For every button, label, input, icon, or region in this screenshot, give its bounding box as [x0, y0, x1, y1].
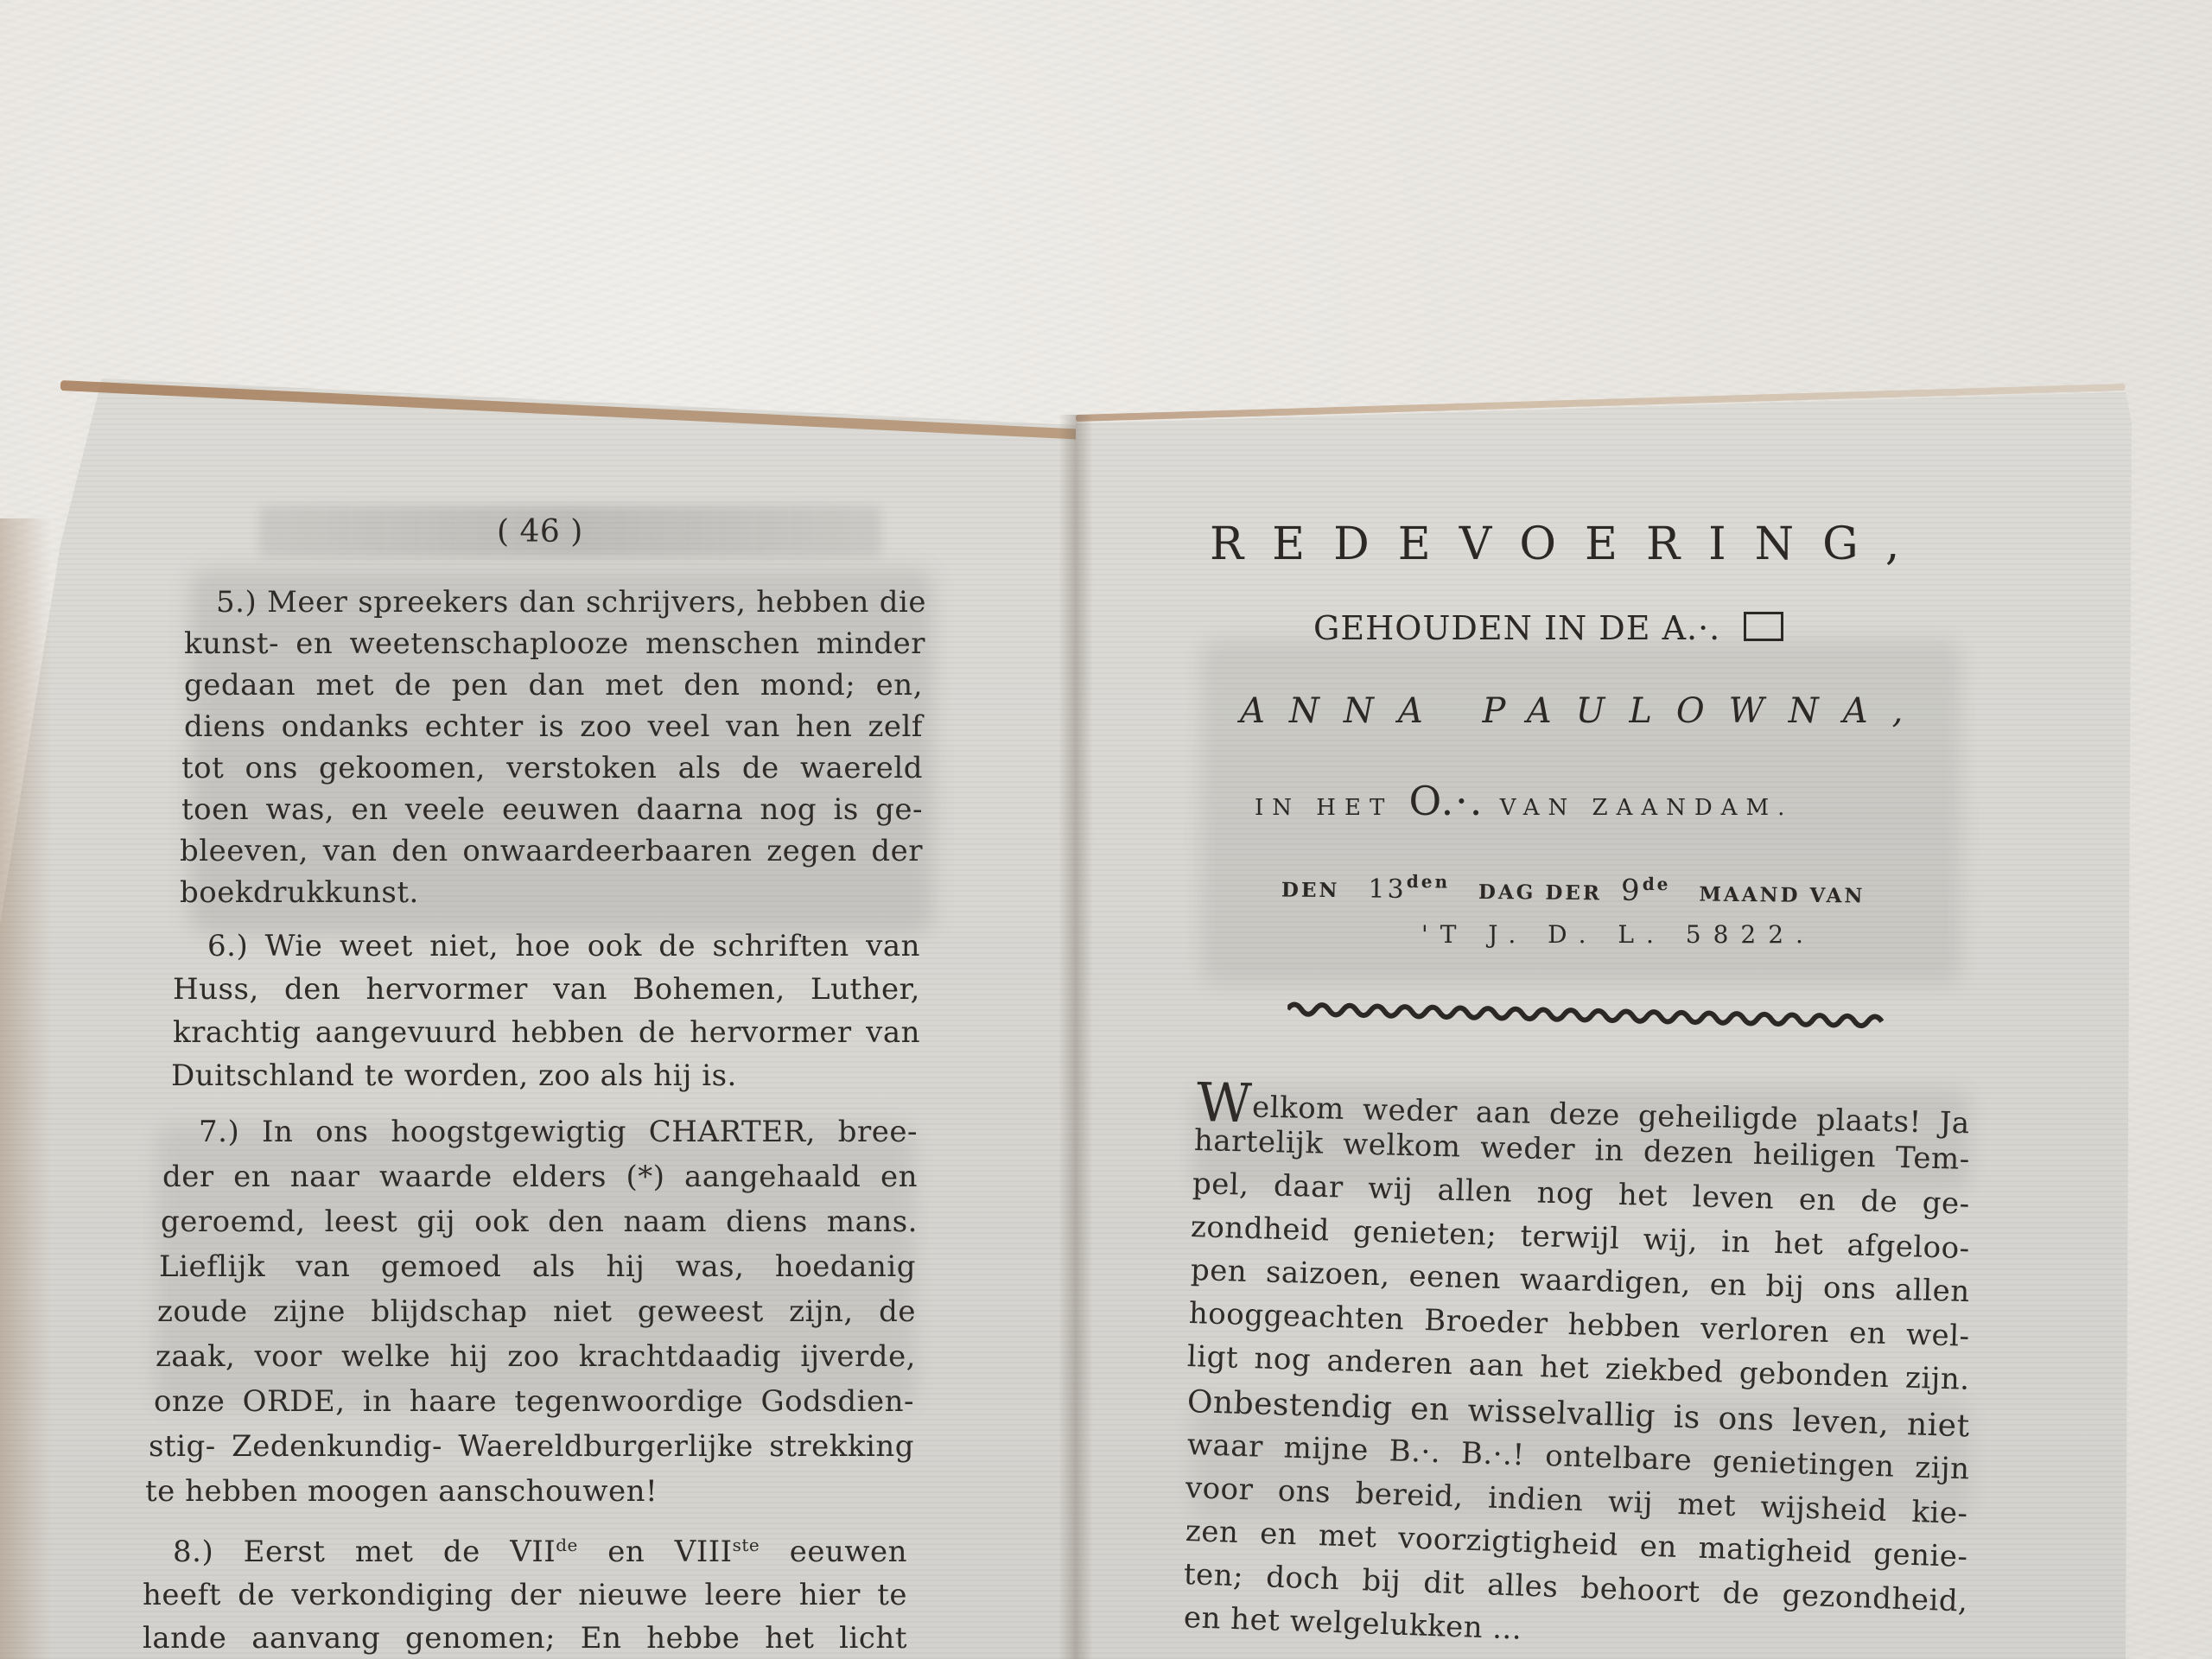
text-line: krachtig aangevuurd hebben de hervormer … — [173, 1015, 920, 1050]
text-line: Duitschland te worden, zoo als hij is. — [171, 1058, 737, 1093]
text-line: Huss, den hervormer van Bohemen, Luther, — [173, 972, 920, 1007]
text-line: zoude zijne blijdschap niet geweest zijn… — [157, 1294, 916, 1329]
text-line: lande aanvang genomen; En hebbe het lich… — [143, 1621, 907, 1656]
title-redevoering: REDEVOERING, — [1210, 518, 1928, 570]
date-line-2: 'T J. D. L. 5822. — [1421, 920, 1815, 949]
text-line: der en naar waarde elders (*) aangehaald… — [162, 1160, 918, 1194]
date-line-1: DEN 13den DAG DER 9de MAAND VAN — [1281, 869, 1866, 910]
text-line: boekdrukkunst. — [180, 875, 419, 910]
text-line: kunst- en weetenschaplooze menschen mind… — [184, 626, 925, 661]
text-line: gedaan met de pen dan met den mond; en, — [184, 668, 923, 702]
lodge-square-symbol-icon — [1744, 612, 1783, 641]
text-line: 8.) Eerst met de VIIde en VIIIste eeuwen — [173, 1535, 907, 1569]
page-number: ( 46 ) — [497, 514, 583, 550]
text-line: tot ons gekoomen, verstoken als de waere… — [181, 751, 923, 785]
text-line: te hebben moogen aanschouwen! — [145, 1474, 658, 1509]
text-line: Lieflijk van gemoed als hij was, hoedani… — [159, 1249, 916, 1284]
text-line: 6.) Wie weet niet, hoe ook de schriften … — [207, 929, 920, 963]
text-line: zaak, voor welke hij zoo krachtdaadig ij… — [156, 1339, 916, 1374]
text-line: diens ondanks echter is zoo veel van hen… — [184, 709, 923, 744]
text-line: heeft de verkondiging der nieuwe leere h… — [143, 1578, 907, 1612]
text-line: 5.) Meer spreekers dan schrijvers, hebbe… — [216, 585, 926, 620]
book-spine-gutter — [1058, 415, 1093, 1659]
text-line: toen was, en veele eeuwen daarna nog is … — [181, 792, 923, 827]
subtitle-zaandam: IN HET O.·. VAN ZAANDAM. — [1255, 778, 1793, 824]
text-line: bleeven, van den onwaardeerbaaren zegen … — [180, 834, 923, 868]
text-line: onze ORDE, in haare tegenwoordige Godsdi… — [154, 1384, 914, 1419]
subtitle-gehouden: GEHOUDEN IN DE A.·. — [1313, 609, 1783, 647]
text-line: 7.) In ons hoogstgewigtig CHARTER, bree- — [199, 1115, 918, 1149]
left-page-outer-shadow — [0, 518, 52, 1659]
text-line: stig- Zedenkundig- Waereldburgerlijke st… — [149, 1429, 914, 1464]
text-line: geroemd, leest gij ook den naam diens ma… — [161, 1205, 918, 1239]
subtitle-anna-paulowna: ANNA PAULOWNA, — [1240, 691, 1927, 731]
